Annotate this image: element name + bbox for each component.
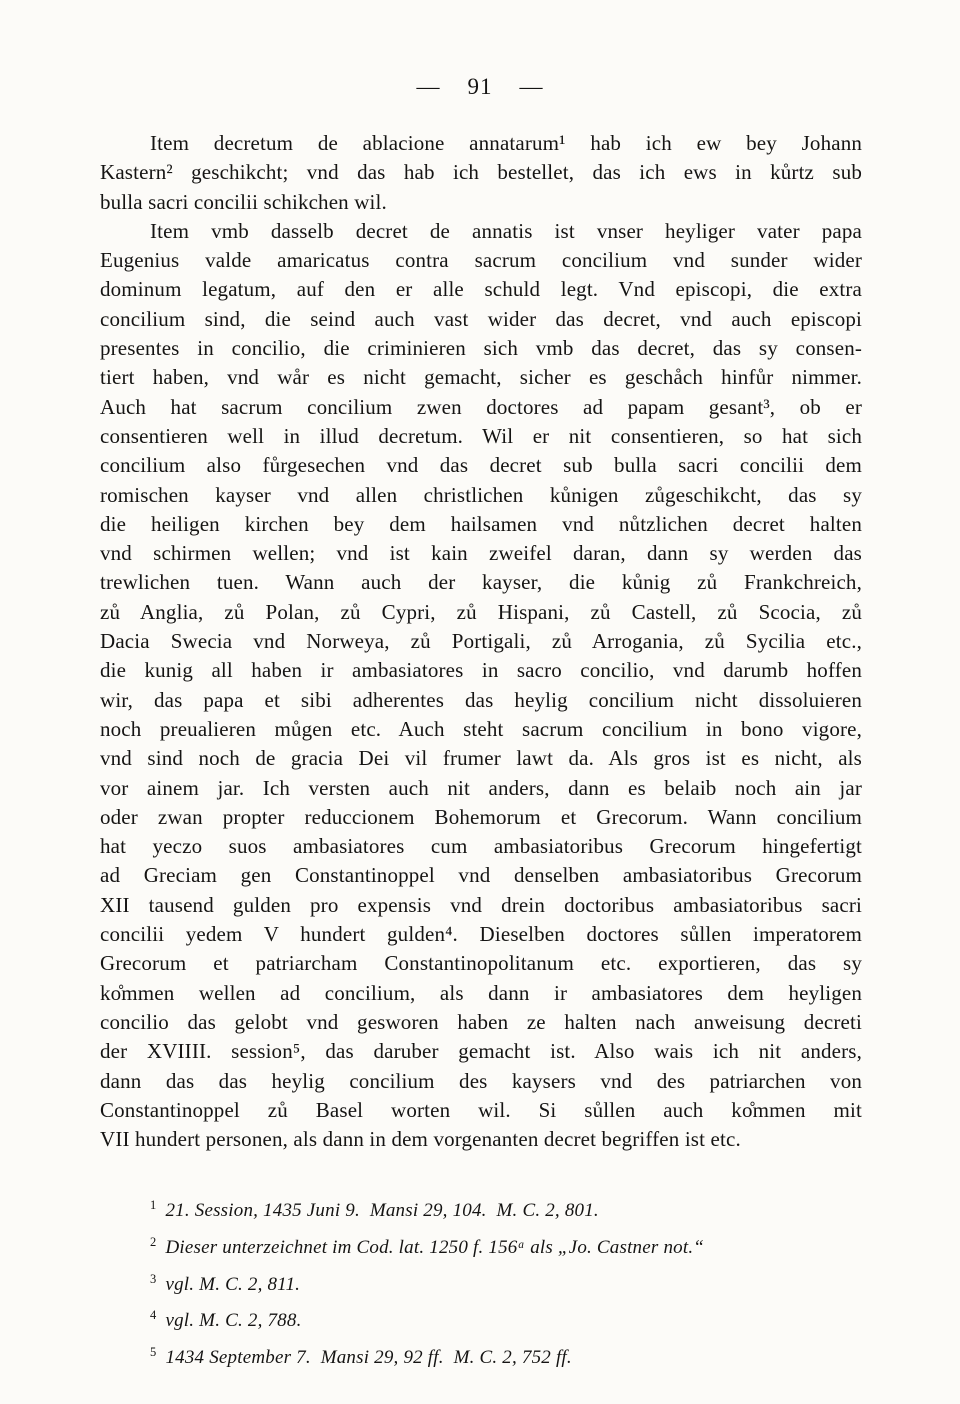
footnote-text: 1434 September 7. Mansi 29, 92 ff. M. C.… <box>165 1347 571 1368</box>
text-line: vnd schirmen wellen; vnd ist kain zweife… <box>100 539 862 568</box>
text-line: wir, das papa et sibi adherentes das hey… <box>100 686 862 715</box>
footnote: 2Dieser unterzeichnet im Cod. lat. 1250 … <box>100 1227 862 1264</box>
text-line: Grecorum et patriarcham Constantinopolit… <box>100 949 862 978</box>
text-line: zů Anglia, zů Polan, zů Cypri, zů Hispan… <box>100 598 862 627</box>
paragraph: Item vmb dasselb decret de annatis ist v… <box>100 217 862 1155</box>
text-line: ad Greciam gen Constantinoppel vnd dense… <box>100 861 862 890</box>
text-line: vor ainem jar. Ich versten auch nit ande… <box>100 774 862 803</box>
text-line: Kastern² geschikcht; vnd das hab ich bes… <box>100 158 862 187</box>
text-line: tiert haben, vnd wår es nicht gemacht, s… <box>100 363 862 392</box>
footnote-marker: 1 <box>150 1198 156 1212</box>
text-line: presentes in concilio, die criminieren s… <box>100 334 862 363</box>
footnote: 3vgl. M. C. 2, 811. <box>100 1264 862 1301</box>
text-line: bulla sacri concilii schikchen wil. <box>100 188 862 217</box>
footnote-marker: 3 <box>150 1272 156 1286</box>
text-line: concilium sind, die seind auch vast wide… <box>100 305 862 334</box>
footnotes: 121. Session, 1435 Juni 9. Mansi 29, 104… <box>100 1190 862 1374</box>
header-left-dash: — <box>417 74 441 100</box>
footnote: 121. Session, 1435 Juni 9. Mansi 29, 104… <box>100 1190 862 1227</box>
footnote: 4vgl. M. C. 2, 788. <box>100 1300 862 1337</box>
footnote-marker: 5 <box>150 1345 156 1359</box>
body-text: Item decretum de ablacione annatarum¹ ha… <box>100 129 862 1154</box>
footnote-marker: 4 <box>150 1308 156 1322</box>
page-header: — 91 — <box>0 74 960 100</box>
text-line: XII tausend gulden pro expensis vnd drei… <box>100 891 862 920</box>
text-line: concilii yedem V hundert gulden⁴. Diesel… <box>100 920 862 949</box>
text-line: Item vmb dasselb decret de annatis ist v… <box>100 217 862 246</box>
text-line: der XVIIII. session⁵, das daruber gemach… <box>100 1037 862 1066</box>
text-line: dominum legatum, auf den er alle schuld … <box>100 275 862 304</box>
text-line: romischen kayser vnd allen christlichen … <box>100 481 862 510</box>
footnote-text: 21. Session, 1435 Juni 9. Mansi 29, 104.… <box>165 1200 598 1221</box>
text-line: Dacia Swecia vnd Norweya, zů Portigali, … <box>100 627 862 656</box>
text-line: Item decretum de ablacione annatarum¹ ha… <box>100 129 862 158</box>
text-line: Constantinoppel zů Basel worten wil. Si … <box>100 1096 862 1125</box>
text-line: ko̊mmen wellen ad concilium, als dann ir… <box>100 979 862 1008</box>
text-line: oder zwan propter reduccionem Bohemorum … <box>100 803 862 832</box>
text-line: VII hundert personen, als dann in dem vo… <box>100 1125 862 1154</box>
text-line: Auch hat sacrum concilium zwen doctores … <box>100 393 862 422</box>
footnote-text: vgl. M. C. 2, 788. <box>165 1310 301 1331</box>
text-line: concilio das gelobt vnd gesworen haben z… <box>100 1008 862 1037</box>
footnote-text: Dieser unterzeichnet im Cod. lat. 1250 f… <box>165 1237 704 1258</box>
text-line: noch preualieren můgen etc. Auch steht s… <box>100 715 862 744</box>
footnote-text: vgl. M. C. 2, 811. <box>165 1274 300 1295</box>
text-line: consentieren well in illud decretum. Wil… <box>100 422 862 451</box>
footnote: 51434 September 7. Mansi 29, 92 ff. M. C… <box>100 1337 862 1374</box>
text-line: vnd sind noch de gracia Dei vil frumer l… <box>100 744 862 773</box>
text-line: dann das das heylig concilium des kayser… <box>100 1067 862 1096</box>
text-line: die heiligen kirchen bey dem hailsamen v… <box>100 510 862 539</box>
header-right-dash: — <box>520 74 544 100</box>
text-line: die kunig all haben ir ambasiatores in s… <box>100 656 862 685</box>
paragraph: Item decretum de ablacione annatarum¹ ha… <box>100 129 862 217</box>
text-line: hat yeczo suos ambasiatores cum ambasiat… <box>100 832 862 861</box>
text-line: Eugenius valde amaricatus contra sacrum … <box>100 246 862 275</box>
text-line: concilium also fůrgesechen vnd das decre… <box>100 451 862 480</box>
footnote-marker: 2 <box>150 1235 156 1249</box>
text-line: trewlichen tuen. Wann auch der kayser, d… <box>100 568 862 597</box>
page-number: 91 <box>468 74 493 100</box>
